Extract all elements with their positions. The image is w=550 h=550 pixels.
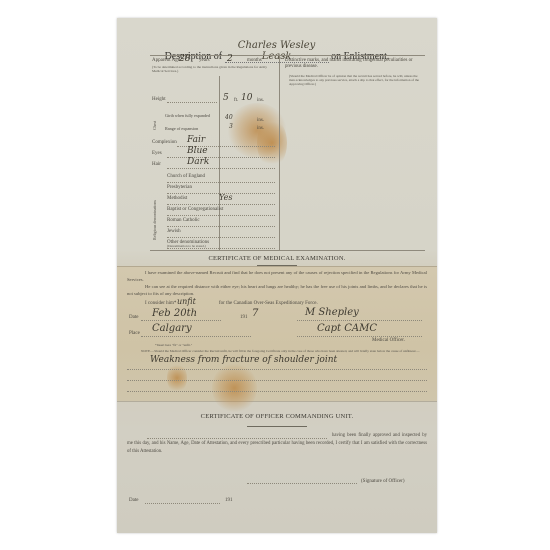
medical-year-value: 7 [252,308,258,319]
water-stain [212,363,257,413]
rank-line [297,336,422,337]
hair-label: Hair [152,162,161,167]
religion-line [167,226,275,227]
commanding-heading: CERTIFICATE OF OFFICER COMMANDING UNIT. [117,413,437,420]
religion-line [167,182,275,183]
fitness-value: unfit [177,297,196,306]
place-line [141,336,251,337]
chest-group-label: Chest [152,121,157,130]
eyes-label: Eyes [152,151,162,156]
height-leader [167,102,217,103]
complexion-label: Complexion [152,140,177,145]
commanding-year-prefix: 191 [225,498,233,503]
complexion-value: Fair [187,135,205,145]
signature-line [297,320,422,321]
apparent-age-label: Apparent Age [152,58,180,63]
range-label: Range of expansion [165,126,198,131]
force-label: for the Canadian Over-Seas Expeditionary… [219,301,318,306]
commanding-para: having been finally approved and inspect… [127,432,427,456]
religion-line [167,204,275,205]
distinctive-marks-note: (Should the Medical Officer be of opinio… [289,74,423,86]
religion-mark: Yes [219,193,232,202]
other-denominations-note: (Denomination to be stated.) [167,244,206,250]
water-stain [167,363,187,393]
table-top-rule [150,55,425,56]
months-label: months [247,58,262,63]
ft-label: ft. [234,98,238,103]
cause-line-2 [127,380,427,381]
cause-of-unfitness: Weakness from fracture of shoulder joint [150,355,337,365]
place-value: Calgary [152,323,192,334]
religion-label: Church of England [167,174,205,179]
range-value: 3 [229,123,233,130]
medical-year-prefix: 191 [240,315,248,320]
medical-date-value: Feb 20th [152,308,197,319]
religion-group-label: Religious denominations [152,200,157,240]
religion-label: Methodist [167,196,187,201]
hair-line [167,168,275,169]
medical-para-2: He can see at the required distance with… [127,284,427,297]
religion-label: Presbyterian [167,185,192,190]
footnote-insert: *Insert here "fit" or "unfit." [155,343,192,349]
religion-line [167,237,275,238]
distinctive-marks-heading: Distinctive marks, and marks indicating … [285,58,425,70]
officer-signature-label: (Signature of Officer) [361,479,405,484]
religion-label: Baptist or Congregationalist [167,207,223,212]
commanding-heading-rule [247,426,307,427]
fold-line-upper [117,266,437,267]
height-inches: 10 [241,93,252,103]
medical-heading-rule [257,265,297,266]
girth-label: Girth when fully expanded [165,113,215,118]
footnote-note: NOTE.—Should the Medical Officer conside… [127,349,427,353]
medical-heading: CERTIFICATE OF MEDICAL EXAMINATION. [117,255,437,262]
medical-officer-rank: Capt CAMC [317,323,377,334]
medical-officer-label: Medical Officer. [372,338,405,343]
eyes-value: Blue [187,146,208,156]
years-label: years [199,58,210,63]
apparent-age-years: 28 [179,54,190,64]
medical-date-line [141,320,221,321]
religion-label: Roman Catholic [167,218,200,223]
girth-ins-label: ins. [257,118,264,123]
religion-line [167,215,275,216]
medical-para-1: I have examined the above-named Recruit … [127,270,427,283]
column-divider [279,55,280,250]
religion-label: Jewish [167,229,181,234]
hair-value: Dark [187,157,209,167]
range-ins-label: ins. [257,126,264,131]
commanding-date-line[interactable] [145,503,220,504]
table-bottom-rule [150,250,425,251]
place-label: Place [129,331,140,336]
cause-line-3 [127,391,427,392]
age-note: (To be determined according to the instr… [152,65,277,73]
cause-line-1 [127,369,427,370]
inner-column-divider [219,76,220,250]
medical-date-label: Date [129,315,138,320]
ins-label: ins. [257,98,264,103]
fold-line-lower [117,401,437,402]
enlistment-document: Description of Charles Wesley Leask on E… [117,18,437,533]
apparent-age-months: 2 [227,54,233,64]
height-feet: 5 [223,93,229,103]
girth-value: 40 [225,114,233,121]
medical-officer-signature: M Shepley [305,307,359,318]
eyes-line [167,157,275,158]
officer-signature-line[interactable] [247,483,357,484]
consider-label: I consider him* [145,301,176,306]
height-label: Height [152,97,166,102]
commanding-date-label: Date [129,498,138,503]
